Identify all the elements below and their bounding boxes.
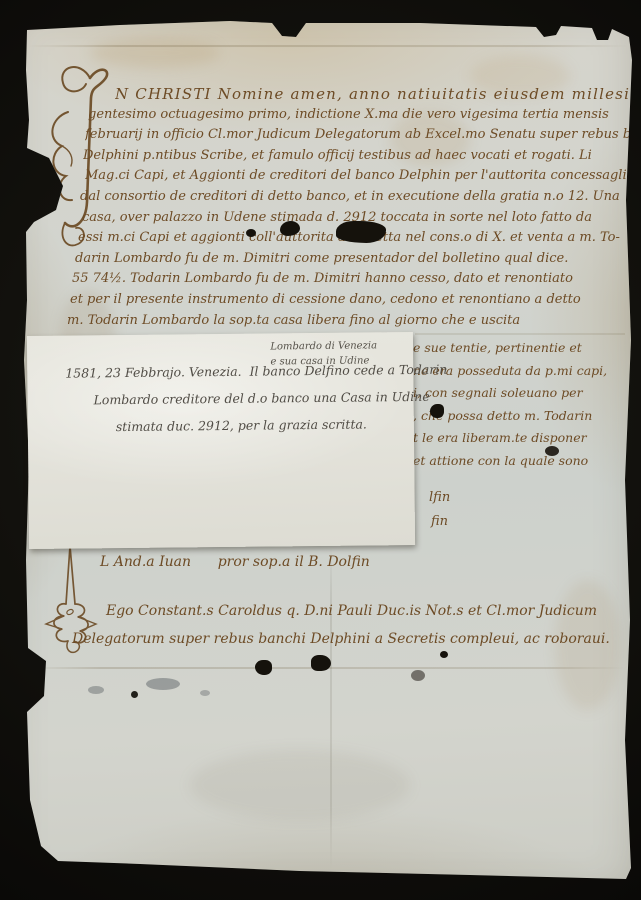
signature-fragment: fin [431,514,448,529]
ink-dot [131,691,138,698]
manuscript-line: darin Lombardo fu de m. Dimitri come pre… [75,249,635,270]
stain [190,750,410,820]
manuscript-line: februarij in officio Cl.mor Judicum Dele… [85,125,635,146]
manuscript-photo: N CHRISTI Nomine amen, anno natiuitatis … [0,0,641,900]
ink-blot [311,655,331,671]
notary-line: Ego Constant.s Caroldus q. D.ni Pauli Du… [106,597,632,625]
slip-note-text: 1581, 23 Febbrajo. Venezia. Il banco Del… [65,356,448,441]
fold-crease [330,545,332,870]
fold-crease [28,45,628,47]
notary-line: Delegatorum super rebus banchi Delphini … [72,625,632,653]
ink-blot [255,660,272,675]
ink-blot [440,651,448,658]
manuscript-line: 55 74½. Todarin Lombardo fu de m. Dimitr… [72,269,635,290]
slip-note-line: stimata duc. 2912, per la grazia scritta… [116,410,448,440]
manuscript-opening-text: N CHRISTI Nomine amen, anno natiuitatis … [60,84,635,331]
ink-smudge [146,678,180,690]
manuscript-line: m. Todarin Lombardo la sop.ta casa liber… [67,311,635,332]
ink-blot [545,446,559,456]
slip-note-line: 1581, 23 Febbrajo. Venezia. Il banco Del… [65,356,447,387]
procurator-signature: L And.a Iuan pror sop.a il B. Dolfin [100,554,370,570]
ink-blot [246,229,256,237]
slip-corner-line: Lombardo di Venezia [270,338,377,354]
archival-slip: Lombardo di Veneziae sua casa in Udine 1… [27,332,415,549]
manuscript-line: dal consortio de creditori di detto banc… [80,187,635,208]
ink-smudge [88,686,104,694]
signature-fragment: lfin [429,490,450,505]
ink-smudge [411,670,425,681]
manuscript-line: gentesimo octuagesimo primo, indictione … [88,105,635,126]
manuscript-line: et per il presente instrumento di cessio… [70,290,635,311]
manuscript-line: Mag.ci Capi, et Aggionti de creditori de… [85,166,635,187]
notary-subscription: Ego Constant.s Caroldus q. D.ni Pauli Du… [72,597,632,653]
fold-crease [415,333,625,335]
manuscript-line: N CHRISTI Nomine amen, anno natiuitatis … [115,84,635,105]
ink-smudge [200,690,210,696]
slip-note-line: Lombardo creditore del d.o banco una Cas… [93,383,447,414]
ink-blot [336,221,386,243]
manuscript-line: Delphini p.ntibus Scribe, et famulo offi… [83,146,635,167]
stain [90,38,220,68]
manuscript-fragment-line: et attione con la quale sono [413,450,625,473]
